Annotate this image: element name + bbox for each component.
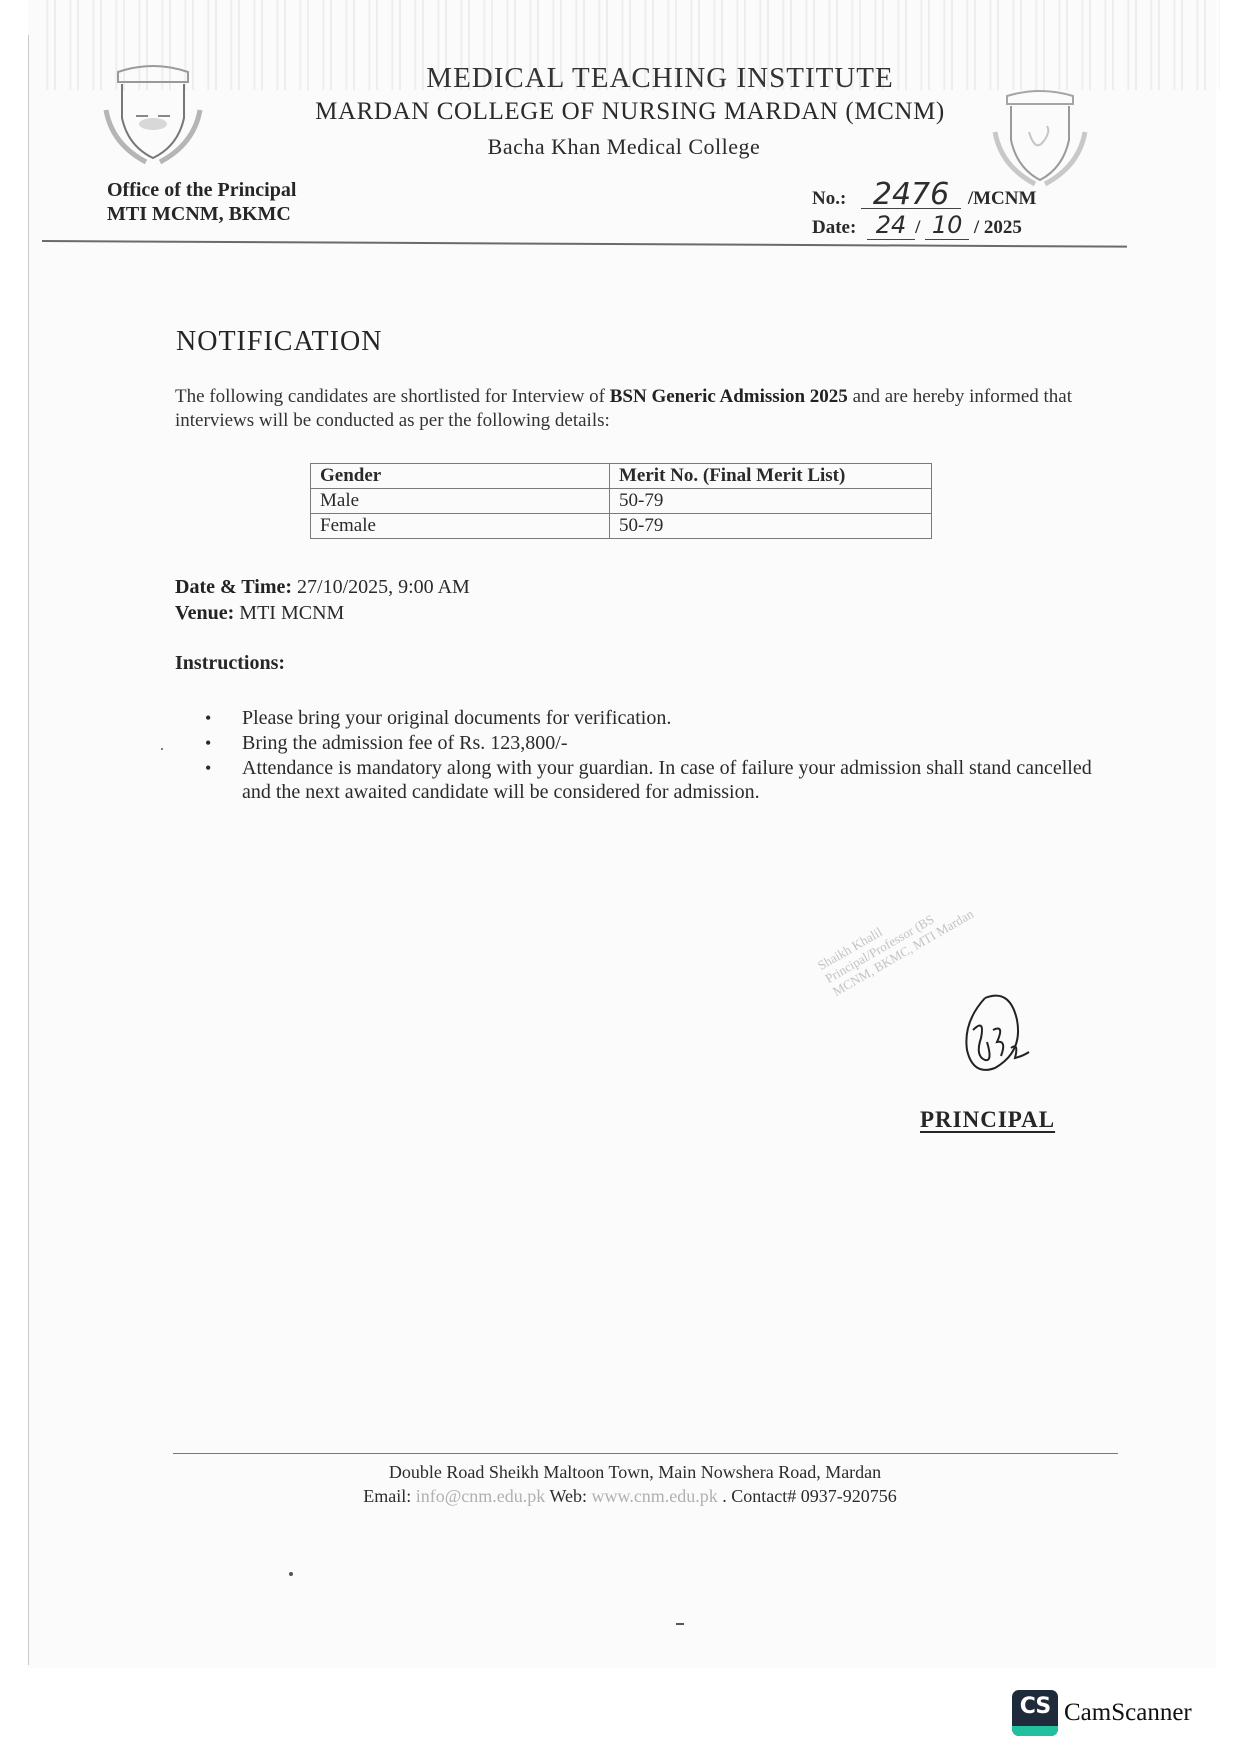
email-label: Email:	[363, 1486, 416, 1506]
scan-speck	[161, 748, 163, 750]
office-line-1: Office of the Principal	[107, 178, 296, 202]
ref-date-label: Date:	[812, 217, 856, 238]
ref-number-suffix: /MCNM	[968, 188, 1037, 209]
table-row: Male 50-79	[311, 489, 932, 514]
list-item: Please bring your original documents for…	[205, 706, 1120, 730]
contact-number: . Contact# 0937-920756	[718, 1486, 897, 1506]
logo-text: CS	[1012, 1694, 1058, 1719]
venue-row: Venue: MTI MCNM	[175, 600, 470, 626]
reference-block: No.: 2476 /MCNM Date: 24/ 10 / 2025	[812, 182, 1036, 241]
ref-number-row: No.: 2476 /MCNM	[812, 182, 1036, 212]
affiliation-name: Bacha Khan Medical College	[4, 134, 1240, 160]
datetime-label: Date & Time:	[175, 576, 292, 598]
ref-date-year: / 2025	[974, 217, 1022, 238]
college-name: MARDAN COLLEGE OF NURSING MARDAN (MCNM)	[10, 98, 1240, 126]
merit-table: Gender Merit No. (Final Merit List) Male…	[310, 463, 932, 539]
logo-stripe	[1012, 1726, 1058, 1736]
table-header-row: Gender Merit No. (Final Merit List)	[311, 464, 932, 489]
office-line-2: MTI MCNM, BKMC	[107, 202, 296, 226]
venue-label: Venue:	[175, 602, 234, 624]
footer-divider	[173, 1453, 1118, 1454]
institute-name: MEDICAL TEACHING INSTITUTE	[40, 62, 1240, 95]
scan-speck	[289, 1572, 293, 1576]
signature-icon	[955, 990, 1045, 1080]
notification-intro: The following candidates are shortlisted…	[175, 385, 1110, 433]
ref-date-month: 10	[925, 212, 969, 240]
instructions-heading: Instructions:	[175, 652, 285, 675]
camscanner-logo-icon: CS	[1012, 1690, 1058, 1736]
web-link[interactable]: www.cnm.edu.pk	[591, 1486, 717, 1506]
web-label: Web:	[545, 1486, 591, 1506]
footer-address: Double Road Sheikh Maltoon Town, Main No…	[15, 1460, 1240, 1484]
intro-text-start: The following candidates are shortlisted…	[175, 386, 610, 407]
office-block: Office of the Principal MTI MCNM, BKMC	[107, 178, 296, 226]
scan-speck	[676, 1623, 684, 1625]
interview-details: Date & Time: 27/10/2025, 9:00 AM Venue: …	[175, 574, 470, 626]
venue-value: MTI MCNM	[234, 602, 344, 624]
ref-number-label: No.:	[812, 188, 846, 209]
email-link[interactable]: info@cnm.edu.pk	[416, 1486, 546, 1506]
list-item: Attendance is mandatory along with your …	[205, 756, 1120, 804]
instructions-list: Please bring your original documents for…	[205, 706, 1120, 805]
table-cell-merit: 50-79	[610, 489, 932, 514]
camscanner-label: CamScanner	[1064, 1699, 1192, 1727]
ref-date-sep: /	[915, 217, 920, 238]
page-edge	[28, 35, 29, 1665]
datetime-row: Date & Time: 27/10/2025, 9:00 AM	[175, 574, 470, 600]
footer-contact: Email: info@cnm.edu.pk Web: www.cnm.edu.…	[10, 1484, 1240, 1508]
notification-title: NOTIFICATION	[176, 326, 382, 358]
datetime-value: 27/10/2025, 9:00 AM	[292, 576, 470, 598]
table-header-gender: Gender	[311, 464, 610, 489]
list-item: Bring the admission fee of Rs. 123,800/-	[205, 731, 1120, 755]
table-cell-gender: Male	[311, 489, 610, 514]
ref-date-row: Date: 24/ 10 / 2025	[812, 212, 1036, 241]
ref-date-day: 24	[867, 212, 915, 240]
intro-program-name: BSN Generic Admission 2025	[610, 386, 848, 407]
table-header-merit: Merit No. (Final Merit List)	[610, 464, 932, 489]
table-row: Female 50-79	[311, 514, 932, 539]
ref-number-value: 2476	[861, 182, 961, 209]
table-cell-gender: Female	[311, 514, 610, 539]
scanned-page	[28, 0, 1216, 1668]
signatory-title: PRINCIPAL	[920, 1107, 1055, 1133]
table-cell-merit: 50-79	[610, 514, 932, 539]
